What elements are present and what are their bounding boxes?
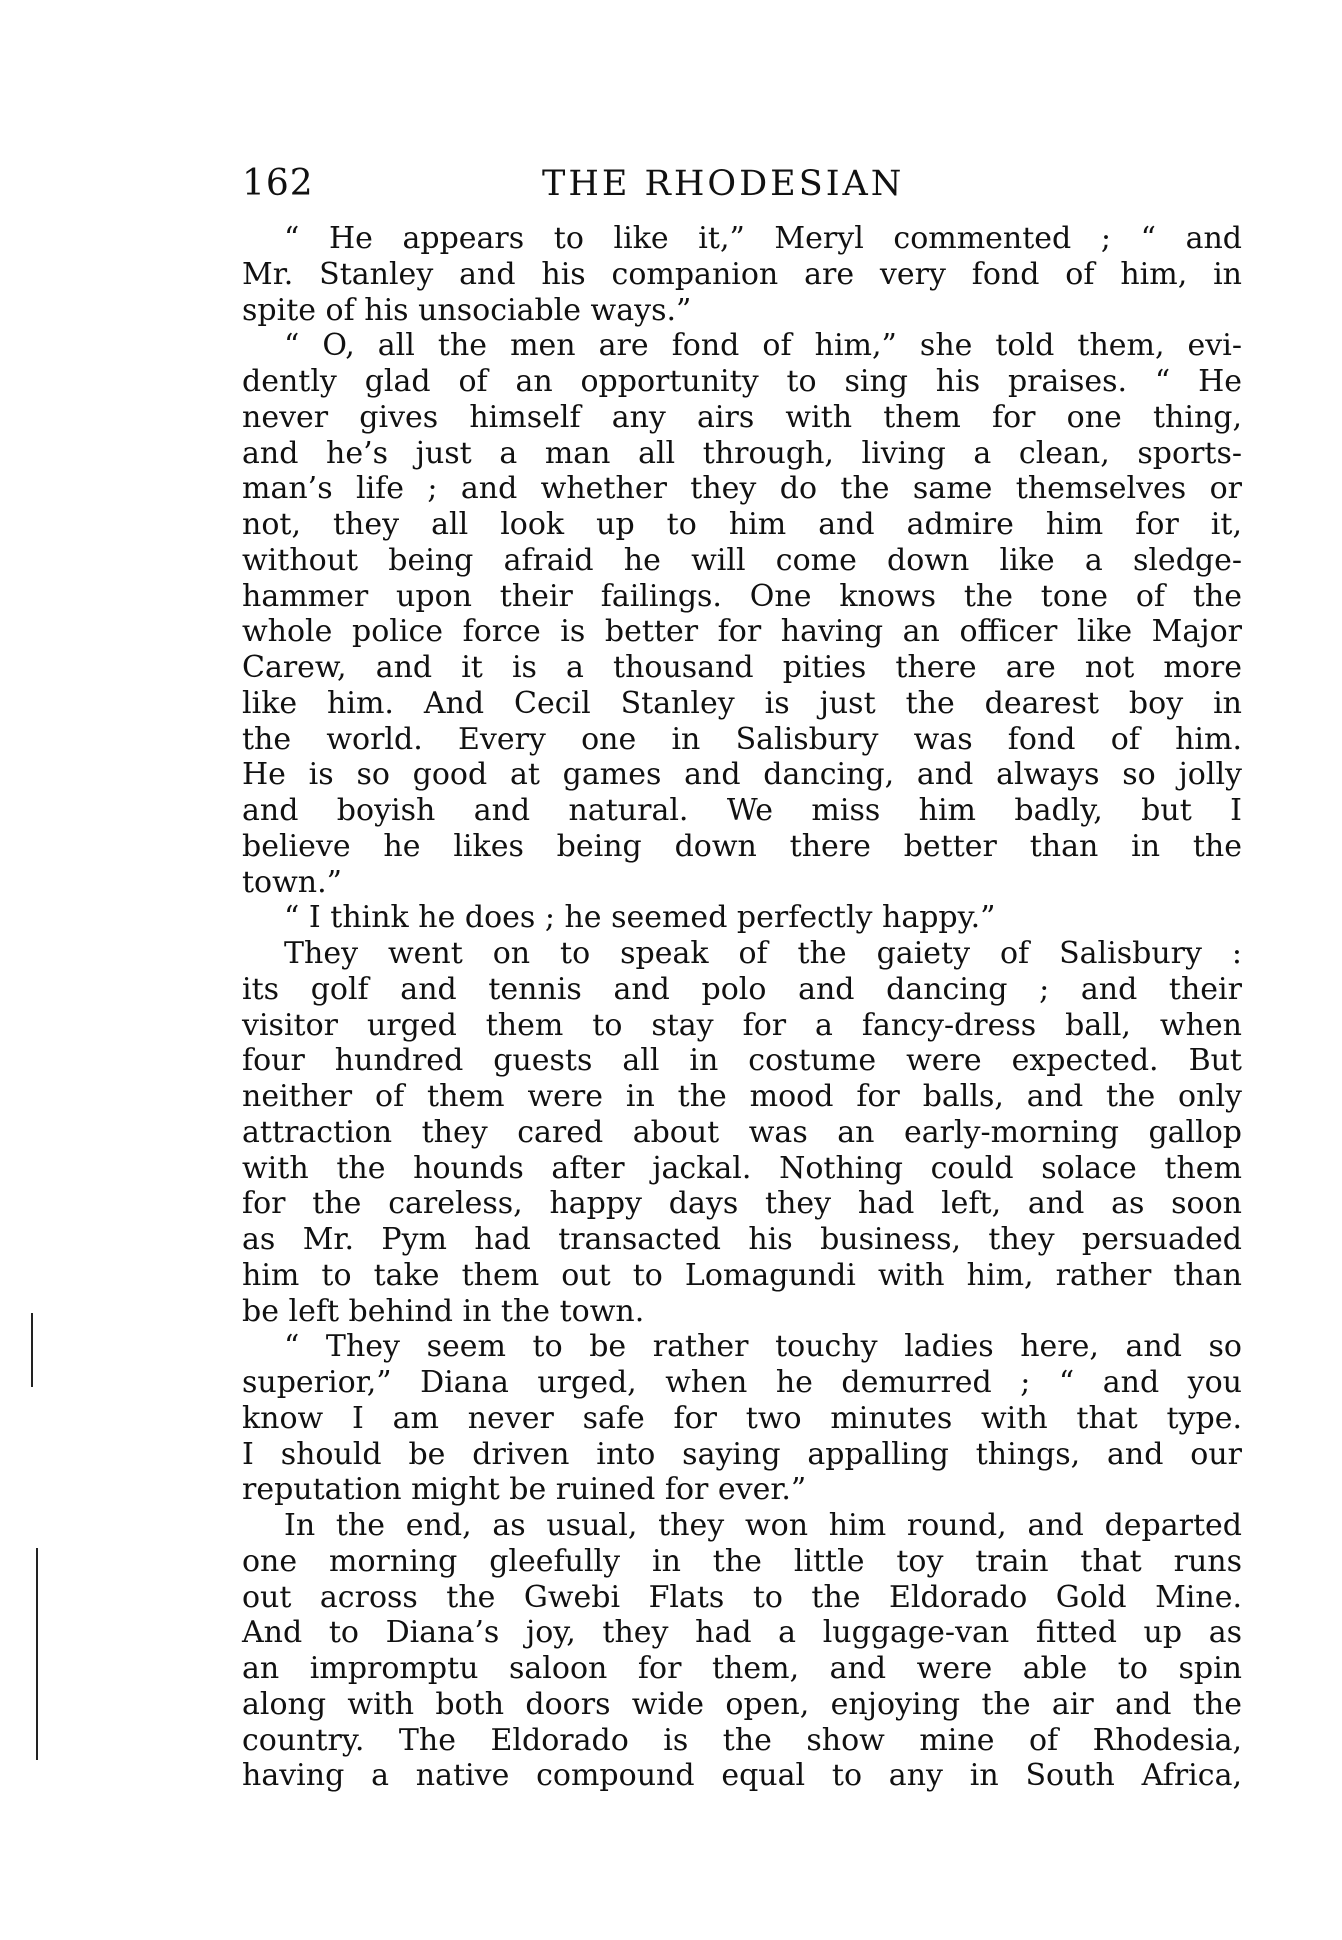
text-line: an impromptu saloon for them, and were a… xyxy=(242,1651,1242,1687)
text-line: Carew, and it is a thousand pities there… xyxy=(242,650,1242,686)
text-line: like him. And Cecil Stanley is just the … xyxy=(242,686,1242,722)
text-line: with the hounds after jackal. Nothing co… xyxy=(242,1151,1242,1187)
text-line: and he’s just a man all through, living … xyxy=(242,436,1242,472)
text-line: superior,” Diana urged, when he demurred… xyxy=(242,1365,1242,1401)
text-line: as Mr. Pym had transacted his business, … xyxy=(242,1222,1242,1258)
margin-scan-mark xyxy=(36,1548,38,1760)
text-line: And to Diana’s joy, they had a luggage-v… xyxy=(242,1615,1242,1651)
running-head: 162 THE RHODESIAN xyxy=(242,162,1242,206)
text-line: hammer upon their failings. One knows th… xyxy=(242,579,1242,615)
text-line: spite of his unsociable ways.” xyxy=(242,293,1242,329)
text-line: neither of them were in the mood for bal… xyxy=(242,1079,1242,1115)
text-line: man’s life ; and whether they do the sam… xyxy=(242,471,1242,507)
text-line: They went on to speak of the gaiety of S… xyxy=(242,936,1242,972)
text-line: know I am never safe for two minutes wit… xyxy=(242,1401,1242,1437)
text-line: dently glad of an opportunity to sing hi… xyxy=(242,364,1242,400)
text-line: having a native compound equal to any in… xyxy=(242,1758,1242,1794)
text-line: town.” xyxy=(242,865,1242,901)
text-line: “ I think he does ; he seemed perfectly … xyxy=(242,900,1242,936)
text-line: “ He appears to like it,” Meryl commente… xyxy=(242,221,1242,257)
text-line: him to take them out to Lomagundi with h… xyxy=(242,1258,1242,1294)
text-line: “ O, all the men are fond of him,” she t… xyxy=(242,328,1242,364)
text-line: He is so good at games and dancing, and … xyxy=(242,757,1242,793)
book-page: 162 THE RHODESIAN “ He appears to like i… xyxy=(0,0,1342,1940)
body-text: “ He appears to like it,” Meryl commente… xyxy=(242,221,1242,1794)
text-line: out across the Gwebi Flats to the Eldora… xyxy=(242,1580,1242,1616)
page-number: 162 xyxy=(242,162,314,206)
text-line: “ They seem to be rather touchy ladies h… xyxy=(242,1329,1242,1365)
text-line: I should be driven into saying appalling… xyxy=(242,1437,1242,1473)
text-line: along with both doors wide open, enjoyin… xyxy=(242,1687,1242,1723)
text-line: the world. Every one in Salisbury was fo… xyxy=(242,722,1242,758)
text-line: whole police force is better for having … xyxy=(242,614,1242,650)
text-line: four hundred guests all in costume were … xyxy=(242,1043,1242,1079)
text-line: and boyish and natural. We miss him badl… xyxy=(242,793,1242,829)
text-line: for the careless, happy days they had le… xyxy=(242,1186,1242,1222)
text-line: country. The Eldorado is the show mine o… xyxy=(242,1723,1242,1759)
text-line: attraction they cared about was an early… xyxy=(242,1115,1242,1151)
text-line: its golf and tennis and polo and dancing… xyxy=(242,972,1242,1008)
text-line: reputation might be ruined for ever.” xyxy=(242,1472,1242,1508)
margin-scan-mark xyxy=(31,1313,33,1387)
text-line: visitor urged them to stay for a fancy-d… xyxy=(242,1008,1242,1044)
text-line: without being afraid he will come down l… xyxy=(242,543,1242,579)
text-line: never gives himself any airs with them f… xyxy=(242,400,1242,436)
text-line: one morning gleefully in the little toy … xyxy=(242,1544,1242,1580)
text-line: not, they all look up to him and admire … xyxy=(242,507,1242,543)
text-line: Mr. Stanley and his companion are very f… xyxy=(242,257,1242,293)
text-line: believe he likes being down there better… xyxy=(242,829,1242,865)
text-line: In the end, as usual, they won him round… xyxy=(242,1508,1242,1544)
text-line: be left behind in the town. xyxy=(242,1294,1242,1330)
running-title: THE RHODESIAN xyxy=(542,162,952,206)
